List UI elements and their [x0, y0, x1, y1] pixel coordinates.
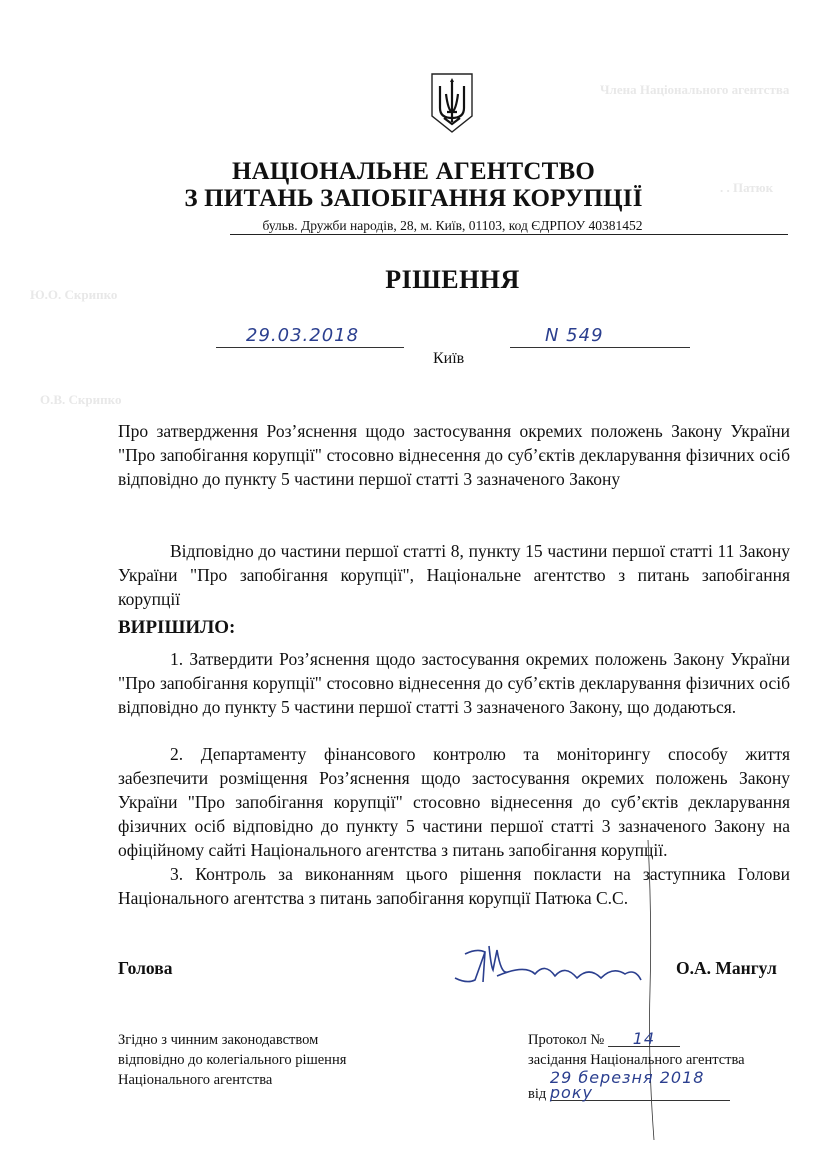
protocol-date: 29 березня 2018 року — [550, 1070, 730, 1101]
resolution-item: 2. Департаменту фінансового контролю та … — [118, 742, 790, 862]
city-label: Київ — [433, 350, 464, 368]
resolution-item: 3. Контроль за виконанням цього рішення … — [118, 862, 790, 910]
protocol-block: Протокол № 14 засідання Національного аг… — [528, 1030, 745, 1104]
resolution-item: 1. Затвердити Роз’яснення щодо застосува… — [118, 647, 790, 719]
signatory-name: О.А. Мангул — [676, 958, 777, 979]
decision-number: N 549 — [545, 325, 604, 346]
agency-name-line2: З ПИТАНЬ ЗАПОБІГАННЯ КОРУПЦІЇ — [0, 185, 827, 212]
decision-date: 29.03.2018 — [246, 325, 359, 346]
bleed-through-text: О.В. Скрипко — [40, 392, 121, 408]
handwritten-signature — [445, 940, 685, 990]
protocol-number: 14 — [608, 1032, 680, 1047]
agency-name-line1: НАЦІОНАЛЬНЕ АГЕНТСТВО — [0, 158, 827, 185]
signatory-title: Голова — [118, 958, 172, 979]
decision-subject: Про затвердження Роз’яснення щодо застос… — [118, 419, 790, 491]
protocol-label: Протокол № — [528, 1032, 604, 1048]
agency-address: бульв. Дружби народів, 28, м. Київ, 0110… — [0, 218, 827, 234]
agency-name: НАЦІОНАЛЬНЕ АГЕНТСТВО З ПИТАНЬ ЗАПОБІГАН… — [0, 158, 827, 212]
document-page: Члена Національного агентства . . Патюк … — [0, 0, 827, 1169]
protocol-session-line: засідання Національного агентства — [528, 1050, 745, 1070]
collegial-note-line: відповідно до колегіального рішення — [118, 1050, 346, 1070]
number-underline — [510, 347, 690, 348]
collegial-note: Згідно з чинним законодавством відповідн… — [118, 1030, 346, 1090]
date-underline — [216, 347, 404, 348]
protocol-date-prefix: від — [528, 1086, 546, 1102]
document-type-title: РІШЕННЯ — [0, 265, 827, 295]
collegial-note-line: Національного агентства — [118, 1070, 346, 1090]
legal-basis-paragraph: Відповідно до частини першої статті 8, п… — [118, 539, 790, 611]
collegial-note-line: Згідно з чинним законодавством — [118, 1030, 346, 1050]
bleed-through-text: Члена Національного агентства — [600, 82, 789, 98]
header-divider — [230, 234, 788, 235]
resolved-heading: ВИРІШИЛО: — [118, 617, 235, 639]
trident-emblem-icon — [430, 72, 474, 134]
